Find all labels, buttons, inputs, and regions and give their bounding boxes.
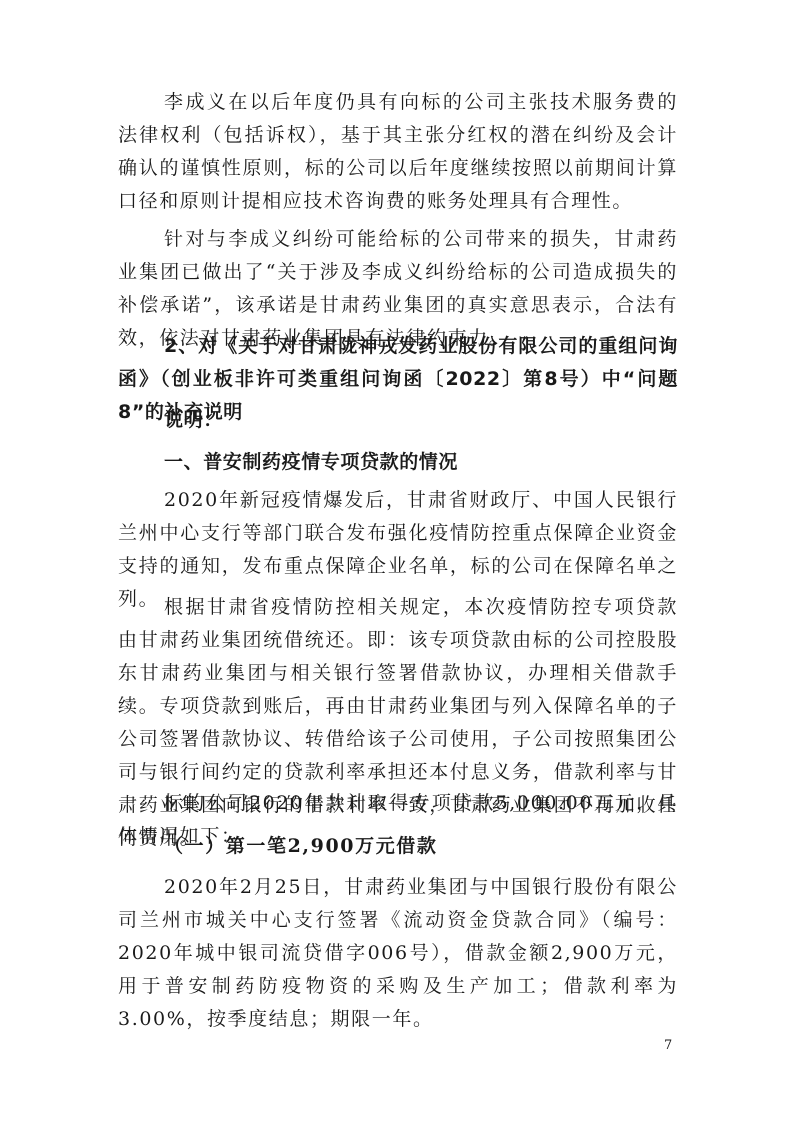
subheading-epidemic-loan: 一、普安制药疫情专项贷款的情况 — [118, 446, 678, 479]
paragraph-first-loan-details: 2020年2月25日，甘肃药业集团与中国银行股份有限公司兰州市城关中心支行签署《… — [118, 871, 678, 1036]
subheading-first-loan: （一）第一笔2,900万元借款 — [118, 830, 678, 863]
document-page: 李成义在以后年度仍具有向标的公司主张技术服务费的法律权利（包括诉权），基于其主张… — [0, 0, 793, 1122]
paragraph-technical-service-fee: 李成义在以后年度仍具有向标的公司主张技术服务费的法律权利（包括诉权），基于其主张… — [118, 86, 678, 218]
explanation-label: 说明： — [118, 404, 678, 437]
page-number: 7 — [664, 1038, 672, 1053]
